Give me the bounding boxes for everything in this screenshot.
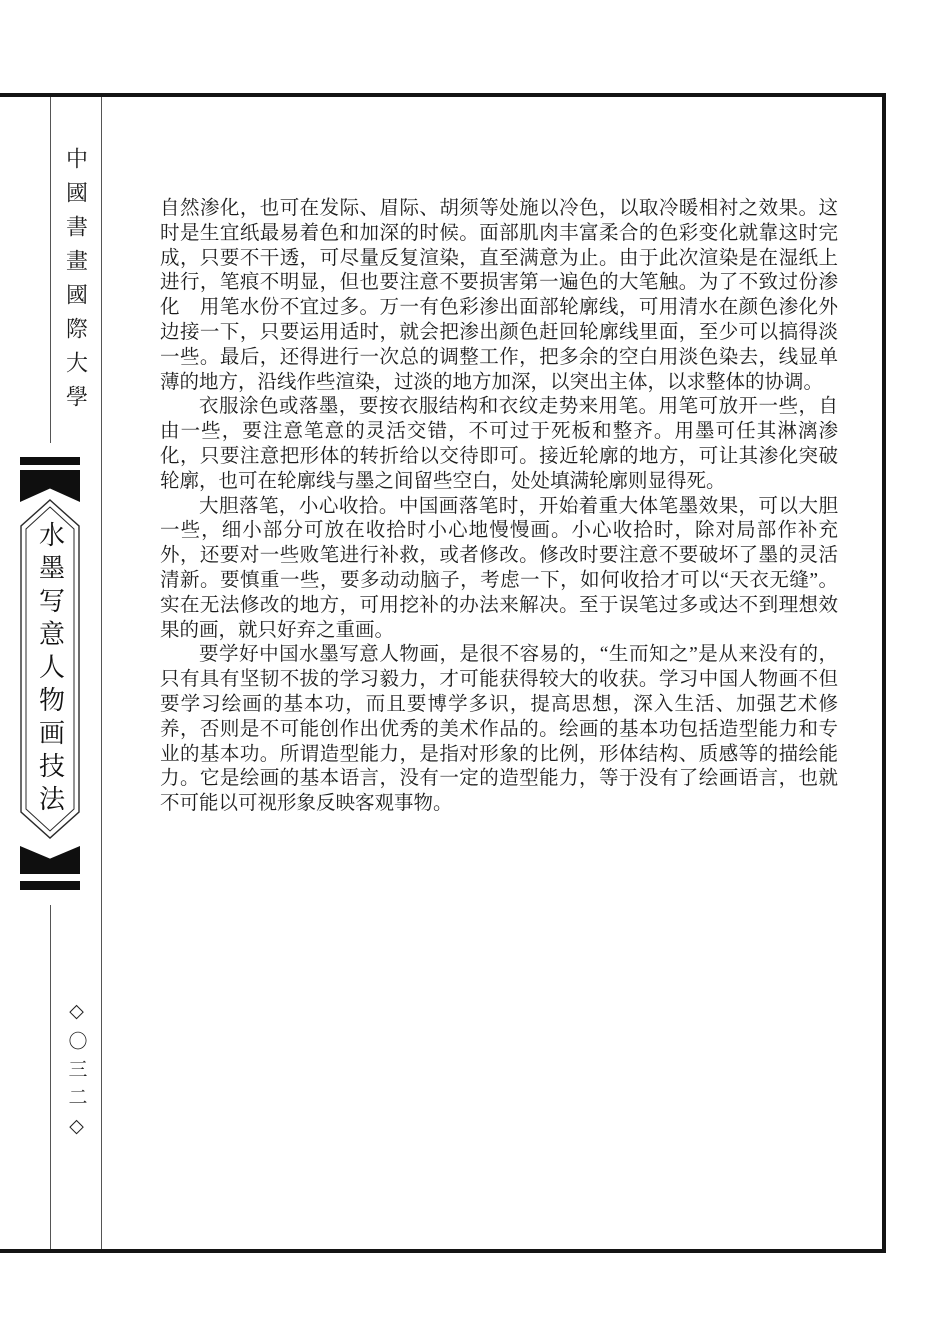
paragraph: 衣服涂色或落墨，要按衣服结构和衣纹走势来用笔。用笔可放开一些，自由一些，要注意笔… <box>160 395 838 494</box>
page-number: ◇〇三二◇ <box>63 1000 90 1146</box>
page-number-vertical: ◇〇三二◇ <box>50 1000 102 1148</box>
banner-top-bar <box>20 457 80 465</box>
paragraph: 要学好中国水墨写意人物画，是很不容易的，“生而知之”是从来没有的，只有具有坚韧不… <box>160 643 838 817</box>
title-panel: 水墨写意人物画技法 <box>20 499 80 839</box>
book-page-scan: 中國書畫國際大學 水墨写意人物画技法 ◇〇三二◇ 自然渗化，也可在发际、眉际、胡… <box>0 0 950 1344</box>
banner-top-ribbon <box>20 470 80 502</box>
publisher-name: 中國書畫國際大學 <box>61 147 92 419</box>
banner-bottom-ribbon <box>20 846 80 874</box>
publisher-vertical-label: 中國書畫國際大學 <box>50 147 102 427</box>
paragraph-continuation: 自然渗化，也可在发际、眉际、胡须等处施以冷色，以取冷暖相衬之效果。这时是生宜纸最… <box>160 197 838 395</box>
book-title-container: 水墨写意人物画技法 <box>20 499 80 839</box>
title-banner: 水墨写意人物画技法 <box>17 443 83 905</box>
banner-bottom-bar <box>20 881 80 890</box>
book-title: 水墨写意人物画技法 <box>32 521 69 818</box>
paragraph: 大胆落笔，小心收拾。中国画落笔时，开始着重大体笔墨效果，可以大胆一些，细小部分可… <box>160 495 838 644</box>
body-text-block: 自然渗化，也可在发际、眉际、胡须等处施以冷色，以取冷暖相衬之效果。这时是生宜纸最… <box>160 197 838 817</box>
